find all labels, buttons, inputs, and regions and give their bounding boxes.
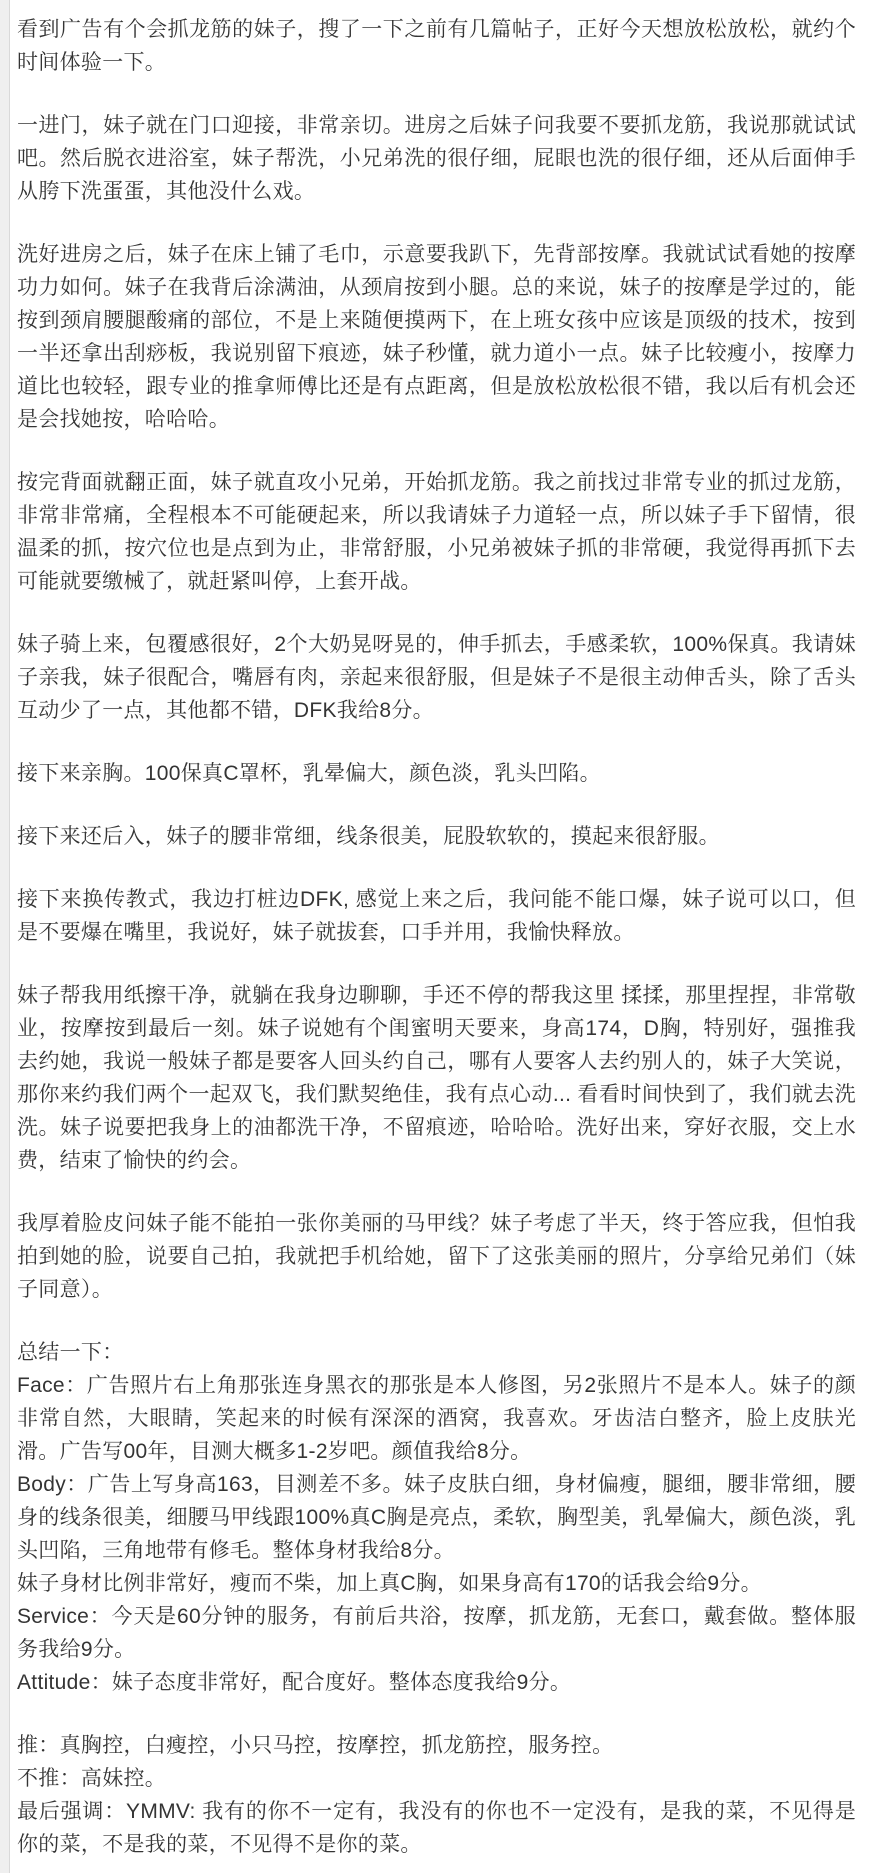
paragraph-photo: 我厚着脸皮问妹子能不能拍一张你美丽的马甲线？妹子考虑了半天，终于答应我，但怕我拍… bbox=[17, 1207, 856, 1306]
paragraph-position: 接下来还后入，妹子的腰非常细，线条很美，屁股软软的，摸起来很舒服。 bbox=[17, 820, 856, 853]
summary-service: Service：今天是60分钟的服务，有前后共浴，按摩，抓龙筋，无套口，戴套做。… bbox=[17, 1600, 856, 1666]
summary-attitude: Attitude：妹子态度非常好，配合度好。整体态度我给9分。 bbox=[17, 1666, 856, 1699]
paragraph-ride: 妹子骑上来，包覆感很好，2个大奶晃呀晃的，伸手抓去，手感柔软，100%保真。我请… bbox=[17, 628, 856, 727]
summary-title: 总结一下： bbox=[17, 1336, 856, 1369]
paragraph-massage: 洗好进房之后，妹子在床上铺了毛巾，示意要我趴下，先背部按摩。我就试试看她的按摩功… bbox=[17, 238, 856, 436]
summary-face: Face：广告照片右上角那张连身黑衣的那张是本人修图，另2张照片不是本人。妹子的… bbox=[17, 1369, 856, 1468]
paragraph-finish: 接下来换传教式，我边打桩边DFK, 感觉上来之后，我问能不能口爆，妹子说可以口，… bbox=[17, 883, 856, 949]
paragraph-chat: 妹子帮我用纸擦干净，就躺在我身边聊聊，手还不停的帮我这里 揉揉，那里捏捏，非常敬… bbox=[17, 979, 856, 1177]
recommend-line: 推：真胸控，白瘦控，小只马控，按摩控，抓龙筋控，服务控。 bbox=[17, 1729, 856, 1762]
final-note-line: 最后强调：YMMV: 我有的你不一定有，我没有的你也不一定没有，是我的菜，不见得… bbox=[17, 1795, 856, 1861]
post-body: 看到广告有个会抓龙筋的妹子，搜了一下之前有几篇帖子，正好今天想放松放松，就约个时… bbox=[0, 0, 872, 1873]
recommendation-section: 推：真胸控，白瘦控，小只马控，按摩控，抓龙筋控，服务控。 不推：高妹控。 最后强… bbox=[17, 1729, 856, 1861]
summary-section: 总结一下： Face：广告照片右上角那张连身黑衣的那张是本人修图，另2张照片不是… bbox=[17, 1336, 856, 1699]
summary-body: Body：广告上写身高163，目测差不多。妹子皮肤白细，身材偏瘦，腿细，腰非常细… bbox=[17, 1468, 856, 1567]
summary-body-extra: 妹子身材比例非常好，瘦而不柴，加上真C胸，如果身高有170的话我会给9分。 bbox=[17, 1567, 856, 1600]
paragraph-chest: 接下来亲胸。100保真C罩杯，乳晕偏大，颜色淡，乳头凹陷。 bbox=[17, 757, 856, 790]
left-edge-strip bbox=[0, 0, 10, 1873]
paragraph-intro: 看到广告有个会抓龙筋的妹子，搜了一下之前有几篇帖子，正好今天想放松放松，就约个时… bbox=[17, 13, 856, 79]
not-recommend-line: 不推：高妹控。 bbox=[17, 1762, 856, 1795]
paragraph-front: 按完背面就翻正面，妹子就直攻小兄弟，开始抓龙筋。我之前找过非常专业的抓过龙筋，非… bbox=[17, 466, 856, 598]
paragraph-arrival: 一进门，妹子就在门口迎接，非常亲切。进房之后妹子问我要不要抓龙筋，我说那就试试吧… bbox=[17, 109, 856, 208]
